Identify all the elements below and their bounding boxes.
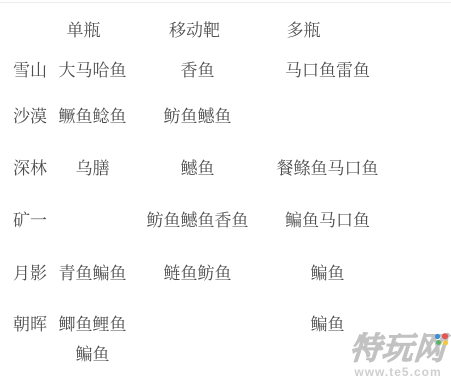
table-row: 雪山大马哈鱼香鱼马口鱼雷鱼 [0,50,390,92]
fish-cell: 餐鲦鱼马口鱼 [265,143,390,195]
top-divider [0,2,451,3]
fish-table: 单瓶移动靶多瓶 雪山大马哈鱼香鱼马口鱼雷鱼沙漠鳜鱼鲶鱼鲂鱼鳡鱼深林乌膳鳡鱼餐鲦鱼… [0,12,390,381]
fish-cell: 鳊鱼 [265,247,390,301]
fish-cell: 鲢鱼鲂鱼 [130,247,265,301]
fish-cell: 鲫鱼鲤鱼 鳊鱼 [55,301,130,381]
table-row: 矿一鲂鱼鳡鱼香鱼鳊鱼马口鱼 [0,195,390,247]
column-header: 单瓶 [46,12,121,50]
fish-cell [130,301,265,381]
map-label: 朝晖 [0,301,55,381]
table-row: 月影青鱼鳊鱼鲢鱼鲂鱼鳊鱼 [0,247,390,301]
fish-cell: 鳊鱼马口鱼 [265,195,390,247]
map-label: 月影 [0,247,55,301]
fish-table-body: 雪山大马哈鱼香鱼马口鱼雷鱼沙漠鳜鱼鲶鱼鲂鱼鳡鱼深林乌膳鳡鱼餐鲦鱼马口鱼矿一鲂鱼鳡… [0,50,390,381]
fish-cell: 青鱼鳊鱼 [55,247,130,301]
game-controller-icon [433,333,450,350]
fish-cell: 马口鱼雷鱼 [265,50,390,92]
column-header: 多瓶 [241,12,366,50]
fish-cell: 鲂鱼鳡鱼 [130,92,265,143]
map-label: 雪山 [0,50,55,92]
fish-cell: 鳡鱼 [130,143,265,195]
table-row: 沙漠鳜鱼鲶鱼鲂鱼鳡鱼 [0,92,390,143]
fish-table-head-row: 单瓶移动靶多瓶 [0,12,390,50]
table-row: 深林乌膳鳡鱼餐鲦鱼马口鱼 [0,143,390,195]
watermark-site-url: www.te5.com [350,365,446,379]
fish-cell: 鲂鱼鳡鱼香鱼 [130,195,265,247]
fish-cell [55,195,130,247]
fish-cell: 乌膳 [55,143,130,195]
fish-cell: 鳜鱼鲶鱼 [55,92,130,143]
fish-cell: 大马哈鱼 [55,50,130,92]
map-label: 沙漠 [0,92,55,143]
map-label: 矿一 [0,195,55,247]
fish-cell [265,92,390,143]
table-row: 朝晖鲫鱼鲤鱼 鳊鱼鳊鱼 [0,301,390,381]
fish-cell: 香鱼 [130,50,265,92]
watermark: 特玩网 www.te5.com [350,333,446,379]
map-label: 深林 [0,143,55,195]
